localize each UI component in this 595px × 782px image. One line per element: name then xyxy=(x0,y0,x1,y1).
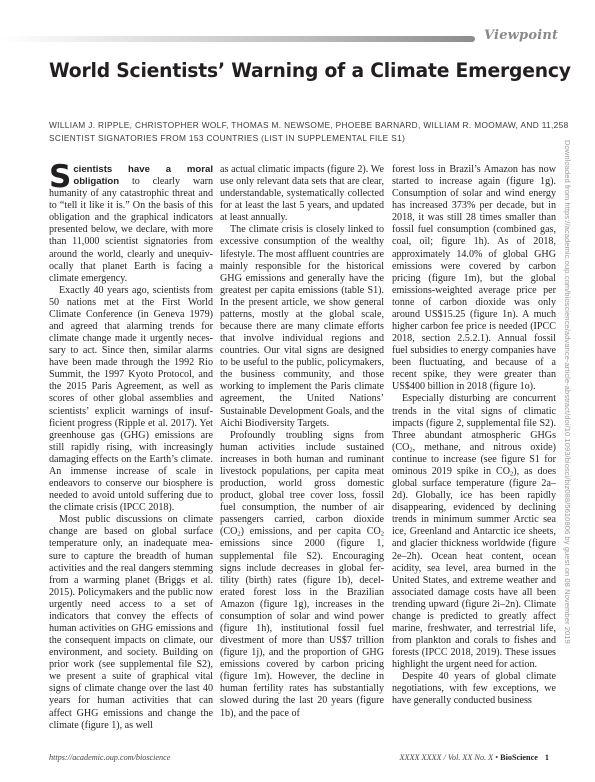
paragraph-continued: forest loss in Brazil’s Amazon has now s… xyxy=(392,164,556,393)
paragraph: Especially disturbing are concur­rent tr… xyxy=(392,393,556,671)
paragraph-text: to clearly warn humanity of any catastro… xyxy=(49,176,213,284)
text-run: ) emissions, and per capita CO xyxy=(241,526,381,537)
paragraph: Exactly 40 years ago, scientists from 50… xyxy=(49,285,213,514)
journal-url-link[interactable]: https://academic.oup.com/bioscience xyxy=(49,753,170,762)
text-run: Profoundly troubling signs from human ac… xyxy=(220,430,384,538)
journal-page: Viewpoint World Scientists’ Warning of a… xyxy=(0,0,595,782)
text-run: ), as does global surface tempera­ture (… xyxy=(392,466,556,670)
download-watermark: Downloaded from https://academic.oup.com… xyxy=(563,140,572,740)
paragraph: Profoundly troubling signs from human ac… xyxy=(220,430,384,720)
bullet-separator: • xyxy=(495,753,498,762)
article-title: World Scientists’ Warning of a Climate E… xyxy=(49,59,548,82)
page-number: 1 xyxy=(545,753,549,762)
section-label: Viewpoint xyxy=(484,28,558,43)
issue-info: XXXX XXXX / Vol. XX No. X xyxy=(399,753,493,762)
text-column-3: forest loss in Brazil’s Amazon has now s… xyxy=(392,164,556,708)
footer-citation: XXXX XXXX / Vol. XX No. X • BioScience 1 xyxy=(399,753,549,762)
download-watermark-text: Downloaded from https://academic.oup.com… xyxy=(563,140,572,644)
paragraph: Most public discussions on climate chang… xyxy=(49,514,213,731)
paragraph: The climate crisis is closely linked to … xyxy=(220,224,384,429)
header-gradient-bar xyxy=(0,36,475,42)
text-run: emissions since 2000 (figure 1, suppleme… xyxy=(220,538,384,718)
subscript: 2 xyxy=(381,531,384,538)
author-list: William J. Ripple, Christopher Wolf, Tho… xyxy=(49,119,569,144)
text-column-2: as actual climatic impacts (figure 2). W… xyxy=(220,164,384,720)
paragraph-continued: as actual climatic impacts (figure 2). W… xyxy=(220,164,384,224)
journal-name: BioScience xyxy=(500,753,538,762)
drop-cap: S xyxy=(49,166,71,188)
paragraph-intro: Scientists have a moral obligation to cl… xyxy=(49,164,213,285)
text-column-1: Scientists have a moral obligation to cl… xyxy=(49,164,213,732)
paragraph: Despite 40 years of global climate negot… xyxy=(392,671,556,707)
